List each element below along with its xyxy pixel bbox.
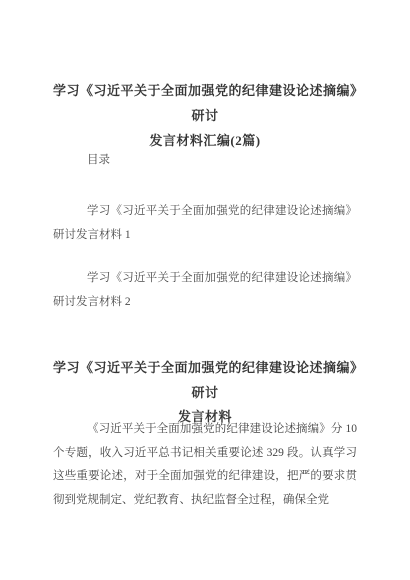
toc-entry-1: 学习《习近平关于全面加强党的纪律建设论述摘编》研讨发言材料 1 (53, 200, 357, 247)
toc-entry-2: 学习《习近平关于全面加强党的纪律建设论述摘编》研讨发言材料 2 (53, 267, 357, 314)
document-title-line-1: 学习《习近平关于全面加强党的纪律建设论述摘编》研讨 (53, 78, 357, 128)
document-page: 学习《习近平关于全面加强党的纪律建设论述摘编》研讨 发言材料汇编(2篇) 目录 … (0, 0, 410, 580)
document-title: 学习《习近平关于全面加强党的纪律建设论述摘编》研讨 发言材料汇编(2篇) (53, 78, 357, 153)
section-title-line-1: 学习《习近平关于全面加强党的纪律建设论述摘编》研讨 (53, 356, 357, 405)
body-paragraph: 《习近平关于全面加强党的纪律建设论述摘编》分 10 个专题，收入习近平总书记相关… (53, 418, 357, 512)
toc-heading: 目录 (53, 149, 357, 173)
